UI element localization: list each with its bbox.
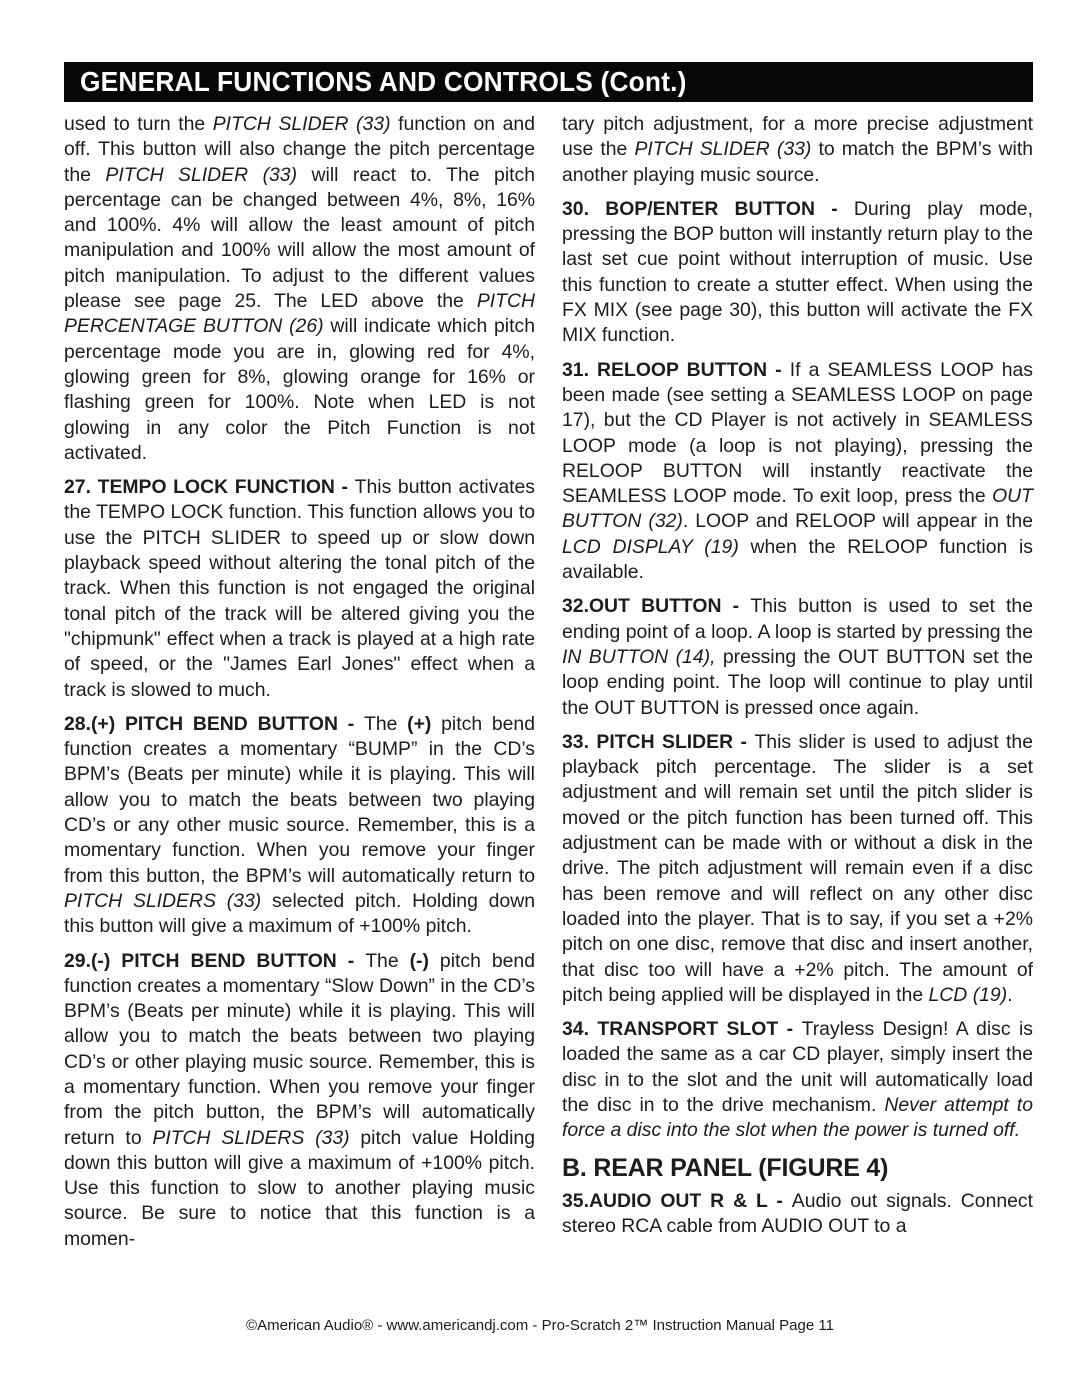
- text-run: PITCH SLIDER (33): [213, 113, 391, 135]
- paragraph: 28.(+) PITCH BEND BUTTON - The (+) pitch…: [64, 712, 535, 940]
- text-run: IN BUTTON (14),: [562, 646, 715, 668]
- page-title: GENERAL FUNCTIONS AND CONTROLS (Cont.): [64, 66, 687, 98]
- paragraph: 32.OUT BUTTON - This button is used to s…: [562, 594, 1033, 720]
- text-run: The: [364, 713, 407, 735]
- text-run: LCD (19): [929, 984, 1008, 1006]
- left-column: used to turn the PITCH SLIDER (33) funct…: [64, 112, 535, 1261]
- text-run: 29.(-) PITCH BEND BUTTON -: [64, 950, 365, 972]
- text-run: used to turn the: [64, 113, 213, 135]
- text-run: The: [365, 950, 409, 972]
- text-run: 34. TRANSPORT SLOT -: [562, 1018, 802, 1040]
- paragraph: 31. RELOOP BUTTON - If a SEAMLESS LOOP h…: [562, 358, 1033, 586]
- text-run: .: [1007, 984, 1012, 1006]
- text-run: pitch bend function creates a momentary …: [64, 950, 535, 1149]
- text-run: 31. RELOOP BUTTON -: [562, 359, 790, 381]
- manual-page: GENERAL FUNCTIONS AND CONTROLS (Cont.) u…: [0, 0, 1080, 1397]
- paragraph: 33. PITCH SLIDER - This slider is used t…: [562, 730, 1033, 1008]
- text-run: 28.(+) PITCH BEND BUTTON -: [64, 713, 364, 735]
- footer-text: ©American Audio® - www.americandj.com - …: [246, 1317, 834, 1334]
- text-run: This slider is used to adjust the playba…: [562, 731, 1033, 1006]
- text-run: will indicate which pitch percentage mod…: [64, 315, 535, 463]
- section-header-bar: GENERAL FUNCTIONS AND CONTROLS (Cont.): [64, 62, 1033, 102]
- text-run: 30. BOP/ENTER BUTTON -: [562, 198, 854, 220]
- paragraph: 35.AUDIO OUT R & L - Audio out signals. …: [562, 1189, 1033, 1240]
- text-run: 27. TEMPO LOCK FUNCTION -: [64, 476, 355, 498]
- text-run: 35.AUDIO OUT R & L -: [562, 1190, 792, 1212]
- paragraph: 27. TEMPO LOCK FUNCTION - This button ac…: [64, 475, 535, 703]
- text-run: During play mode, pressing the BOP butto…: [562, 198, 1033, 346]
- text-run: (-): [410, 950, 429, 972]
- paragraph: 30. BOP/ENTER BUTTON - During play mode,…: [562, 197, 1033, 349]
- text-run: PITCH SLIDER (33): [634, 138, 811, 160]
- text-run: (+): [407, 713, 431, 735]
- text-run: PITCH SLIDER (33): [105, 164, 297, 186]
- text-run: PITCH SLIDERS (33): [152, 1127, 349, 1149]
- paragraph: 34. TRANSPORT SLOT - Trayless Design! A …: [562, 1017, 1033, 1143]
- right-column: tary pitch adjustment, for a more precis…: [562, 112, 1033, 1261]
- paragraph: used to turn the PITCH SLIDER (33) funct…: [64, 112, 535, 466]
- page-footer: ©American Audio® - www.americandj.com - …: [0, 1317, 1080, 1334]
- text-run: 33. PITCH SLIDER -: [562, 731, 754, 753]
- text-run: This button activates the TEMPO LOCK fun…: [64, 476, 535, 700]
- text-run: PITCH SLIDERS (33): [64, 890, 261, 912]
- text-run: B. REAR PANEL (FIGURE 4): [562, 1154, 888, 1182]
- text-run: . LOOP and RELOOP will appear in the: [683, 510, 1033, 532]
- text-run: pitch bend function creates a momentary …: [64, 713, 535, 887]
- content-columns: used to turn the PITCH SLIDER (33) funct…: [64, 112, 1033, 1261]
- paragraph: tary pitch adjustment, for a more precis…: [562, 112, 1033, 188]
- text-run: LCD DISPLAY (19): [562, 536, 739, 558]
- text-run: 32.OUT BUTTON -: [562, 595, 750, 617]
- section-heading: B. REAR PANEL (FIGURE 4): [562, 1153, 1033, 1183]
- paragraph: 29.(-) PITCH BEND BUTTON - The (-) pitch…: [64, 949, 535, 1253]
